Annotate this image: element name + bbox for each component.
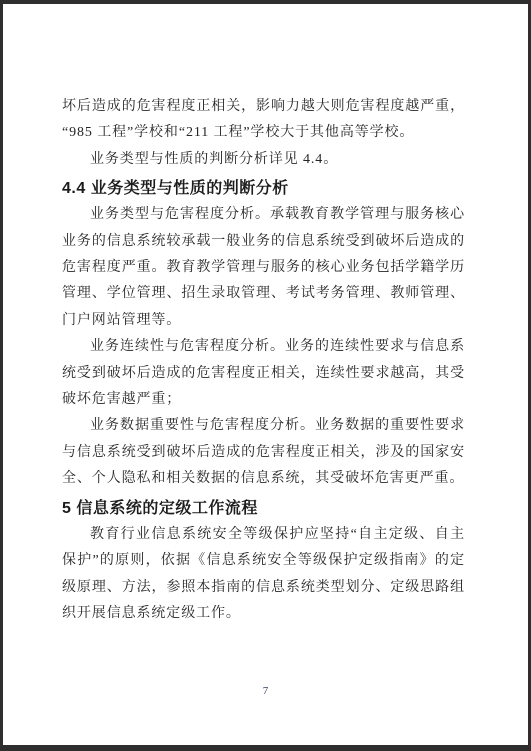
paragraph-see-reference: 业务类型与性质的判断分析详见 4.4。 xyxy=(62,147,465,173)
paragraph-business-continuity-analysis: 业务连续性与危害程度分析。业务的连续性要求与信息系统受到破坏后造成的危害程度正相… xyxy=(62,334,465,413)
paragraph-business-data-analysis: 业务数据重要性与危害程度分析。业务数据的重要性要求与信息系统受到破坏后造成的危害… xyxy=(62,413,465,492)
page-number: 7 xyxy=(3,685,528,697)
paragraph-business-type-analysis: 业务类型与危害程度分析。承载教育教学管理与服务核心业务的信息系统较承载一般业务的… xyxy=(62,202,465,334)
section-heading-5: 5 信息系统的定级工作流程 xyxy=(62,495,465,522)
document-page: 坏后造成的危害程度正相关，影响力越大则危害程度越严重，“985 工程”学校和“2… xyxy=(0,0,531,751)
page-content: 坏后造成的危害程度正相关，影响力越大则危害程度越严重，“985 工程”学校和“2… xyxy=(3,4,528,627)
section-heading-4-4: 4.4 业务类型与性质的判断分析 xyxy=(62,175,465,202)
paragraph-continuation: 坏后造成的危害程度正相关，影响力越大则危害程度越严重，“985 工程”学校和“2… xyxy=(62,94,465,147)
paragraph-grading-workflow: 教育行业信息系统安全等级保护应坚持“自主定级、自主保护”的原则，依据《信息系统安… xyxy=(62,522,465,628)
